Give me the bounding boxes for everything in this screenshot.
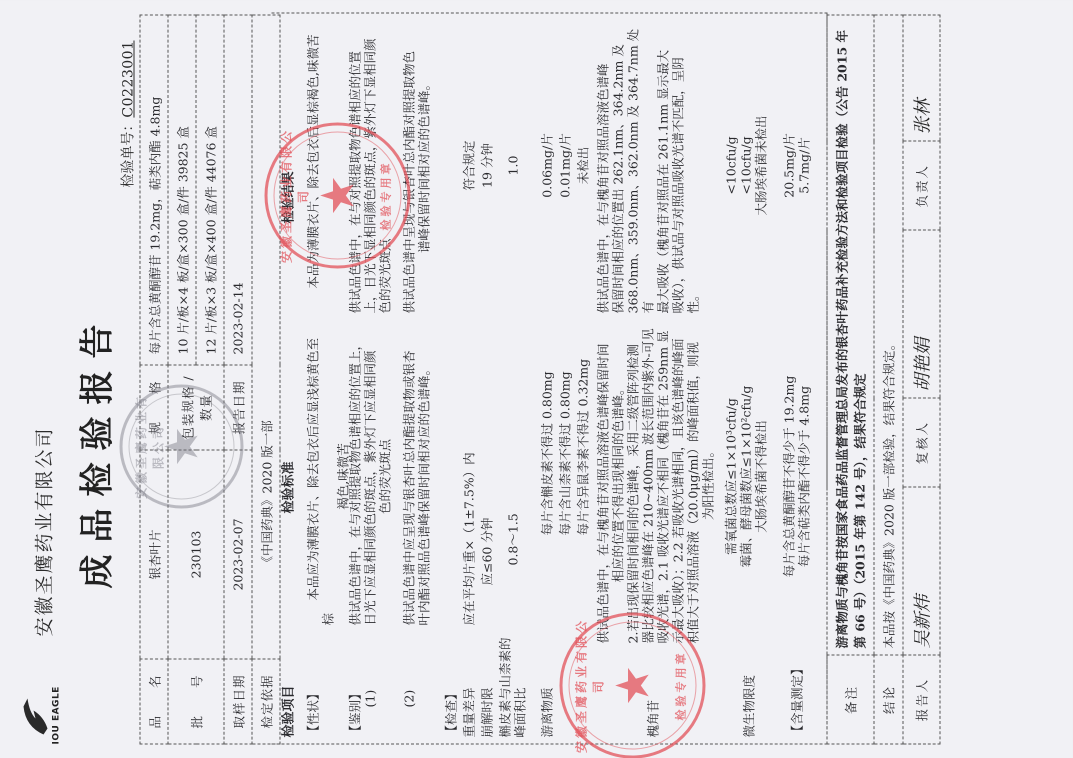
inspection-seal-stamp: 安徽圣鹰药业有限公司 ★ 检验专用章 <box>265 123 411 269</box>
item-label: 微生物限度 <box>724 630 757 738</box>
standard-text: 每片含总黄酮醇苷不得少于 19.2mg 每片含萜类内酯不得少于 4.8mg <box>782 328 812 626</box>
item-label: 【性状】 <box>306 630 321 738</box>
page-title: 成品检验报告 <box>70 313 119 589</box>
report-number-label: 检验单号： <box>121 118 137 188</box>
item-label: 【鉴别】 (1) <box>348 630 378 738</box>
company-header: IOU EAGLE 安徽圣鹰药业有限公司 <box>0 15 70 745</box>
standard-text: 供试品色谱中，在与对照提取物色谱相应的位置上， 日光下应显相同颜色的斑点，紫外灯… <box>348 328 393 626</box>
reviewer-signature: 胡艳娟 <box>903 230 940 398</box>
eagle-logo-icon <box>22 697 50 737</box>
specification: 每片含总黄酮醇苷 19.2mg，萜类内酯 4.8mg <box>140 15 168 365</box>
item-label: 【检查】 <box>444 630 459 738</box>
company-name: 安徽圣鹰药业有限公司 <box>30 426 57 636</box>
signature-row: 报告人 吴新炜 复核人 胡艳娟 负责人 张林 <box>903 15 940 744</box>
conclusion-label: 结论 <box>874 655 903 744</box>
info-label: 批 号 <box>168 659 224 744</box>
inspection-report-page: IOU EAGLE 安徽圣鹰药业有限公司 成品检验报告 检验单号：C022300… <box>0 1 1073 758</box>
info-row: 取样日期 2023-02-07 报告日期 2023-02-14 <box>224 15 252 744</box>
report-date: 2023-02-14 <box>224 15 252 365</box>
approver-label: 负责人 <box>903 141 940 230</box>
info-label: 取样日期 <box>224 659 252 744</box>
standard-text: 需氧菌总数应≤1×10³cfu/g 霉菌、酵母菌数应≤1×10²cfu/g 大肠… <box>724 328 769 626</box>
star-icon: ★ <box>315 175 361 216</box>
report-footer-table: 备注 游离物质与槐角苷按国家食品药品监督管理总局发布的银杏叶药品补充检验方法和检… <box>827 15 941 745</box>
report-number: 检验单号：C0223001 <box>118 41 138 188</box>
result-text: 供试品色谱中呈现与银杏叶总内酯对照提取物色 谱峰保留时间相对应的色谱峰。 <box>402 18 432 314</box>
faint-company-stamp: 安徽圣鹰药业有限公司 ★ <box>120 385 244 509</box>
conclusion-text: 本品按《中国药典》2020 版一部检验，结果符合规定。 <box>874 15 903 655</box>
package-spec-2: 12 片/板×3 板/盒×400 盒/件 44076 盒 <box>196 15 224 365</box>
info-row: 批 号 230103 包装规格 / 数量 10 片/板×4 板/盒×300 盒/… <box>168 15 196 744</box>
scanned-document: IOU EAGLE 安徽圣鹰药业有限公司 成品检验报告 检验单号：C022300… <box>0 0 1073 758</box>
inspection-items-section: 检验项目 检验标准 检验结果 【性状】 本品应为薄膜衣片、除去包衣后应显浅棕黄色… <box>272 13 828 745</box>
company-logo: IOU EAGLE <box>22 635 66 745</box>
column-header-item: 检验项目 <box>282 685 297 737</box>
star-icon: ★ <box>610 665 656 706</box>
standard-text: 供试品色谱中，在与槐角苷对照品溶液色谱峰保留时间 相应的位置不得出现相同的色谱峰… <box>596 322 716 644</box>
reporter-signature: 吴新炜 <box>903 487 940 655</box>
logo-text: IOU EAGLE <box>52 686 62 744</box>
remark-text: 游离物质与槐角苷按国家食品药品监督管理总局发布的银杏叶药品补充检验方法和检验项目… <box>827 15 874 655</box>
remark-row: 备注 游离物质与槐角苷按国家食品药品监督管理总局发布的银杏叶药品补充检验方法和检… <box>827 15 874 744</box>
conclusion-row: 结论 本品按《中国药典》2020 版一部检验，结果符合规定。 <box>874 15 903 744</box>
reporter-label: 报告人 <box>903 655 940 744</box>
report-number-value: C0223001 <box>121 41 137 118</box>
qc-stamp: 安徽圣鹰药业有限公司 ★ 检验专用章 <box>560 613 706 758</box>
info-row: 品 名 银杏叶片 规 格 每片含总黄酮醇苷 19.2mg，萜类内酯 4.8mg <box>140 15 168 744</box>
column-header-standard: 检验标准 <box>282 461 297 513</box>
result-text: 20.5mg/片 5.7mg/片 <box>782 18 812 314</box>
approver-signature: 张林 <box>903 15 940 141</box>
reviewer-label: 复核人 <box>903 398 940 487</box>
product-info-table: 品 名 银杏叶片 规 格 每片含总黄酮醇苷 19.2mg，萜类内酯 4.8mg … <box>140 15 281 745</box>
result-text: <10cfu/g <10cfu/g 大肠埃希菌未检出 <box>724 18 769 314</box>
info-label: 品 名 <box>140 659 168 744</box>
star-icon: ★ <box>159 426 205 467</box>
result-text: 供试品色谱中，在与槐角苷对照品溶液色谱峰 保留时间相应的位置出 262.1nm、… <box>596 18 701 314</box>
remark-label: 备注 <box>827 655 874 744</box>
standard-text: 供试品色谱中应呈现与银杏叶总内酯提取物或银杏 叶内酯对照品色谱峰保留时间相对应的… <box>402 328 432 626</box>
standard-text: 本品应为薄膜衣片、除去包衣后应显浅棕黄色至棕 褐色,味微苦 <box>306 328 351 626</box>
item-label: 【含量测定】 <box>782 630 805 738</box>
package-spec-1: 10 片/板×4 板/盒×300 盒/件 39825 盒 <box>168 15 196 365</box>
